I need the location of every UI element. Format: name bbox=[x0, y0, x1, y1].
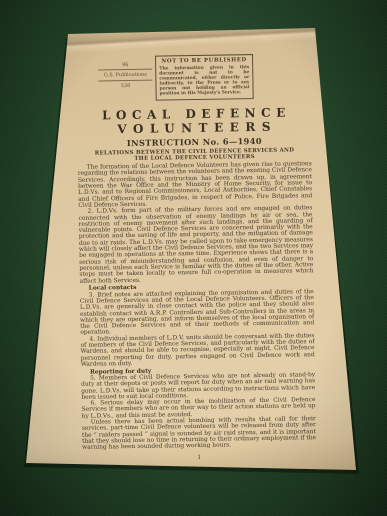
body-text: The formation of the Local Defence Volun… bbox=[78, 161, 316, 451]
stamp-label: G.S. Publications bbox=[98, 69, 152, 82]
paragraph-3: 3. Brief notes are attached explaining t… bbox=[80, 289, 315, 337]
fold-crease bbox=[51, 16, 338, 58]
stamp-number-top: 96 bbox=[98, 62, 152, 69]
header-row: 96 G.S. Publications 538 NOT TO BE PUBLI… bbox=[98, 53, 311, 103]
notice-body: The information given in this document i… bbox=[159, 65, 249, 97]
paragraph-2: 2. L.D.Vs. form part of the military for… bbox=[78, 205, 313, 284]
secrecy-notice-box: NOT TO BE PUBLISHED The information give… bbox=[155, 54, 254, 101]
paragraph-1: The formation of the Local Defence Volun… bbox=[78, 161, 313, 209]
document-content: 96 G.S. Publications 538 NOT TO BE PUBLI… bbox=[76, 53, 316, 462]
paragraph-4: 4. Individual members of L.D.V. units sh… bbox=[80, 333, 314, 368]
paragraph-7: Unless there has been actual bombing wit… bbox=[82, 416, 316, 451]
paragraph-5: 5. Members of Civil Defence Services who… bbox=[81, 372, 315, 401]
stamp-number-bottom: 538 bbox=[98, 82, 152, 89]
photo-background: 96 G.S. Publications 538 NOT TO BE PUBLI… bbox=[0, 0, 387, 516]
gs-publications-stamp: 96 G.S. Publications 538 bbox=[98, 62, 152, 89]
notice-title: NOT TO BE PUBLISHED bbox=[159, 57, 249, 64]
